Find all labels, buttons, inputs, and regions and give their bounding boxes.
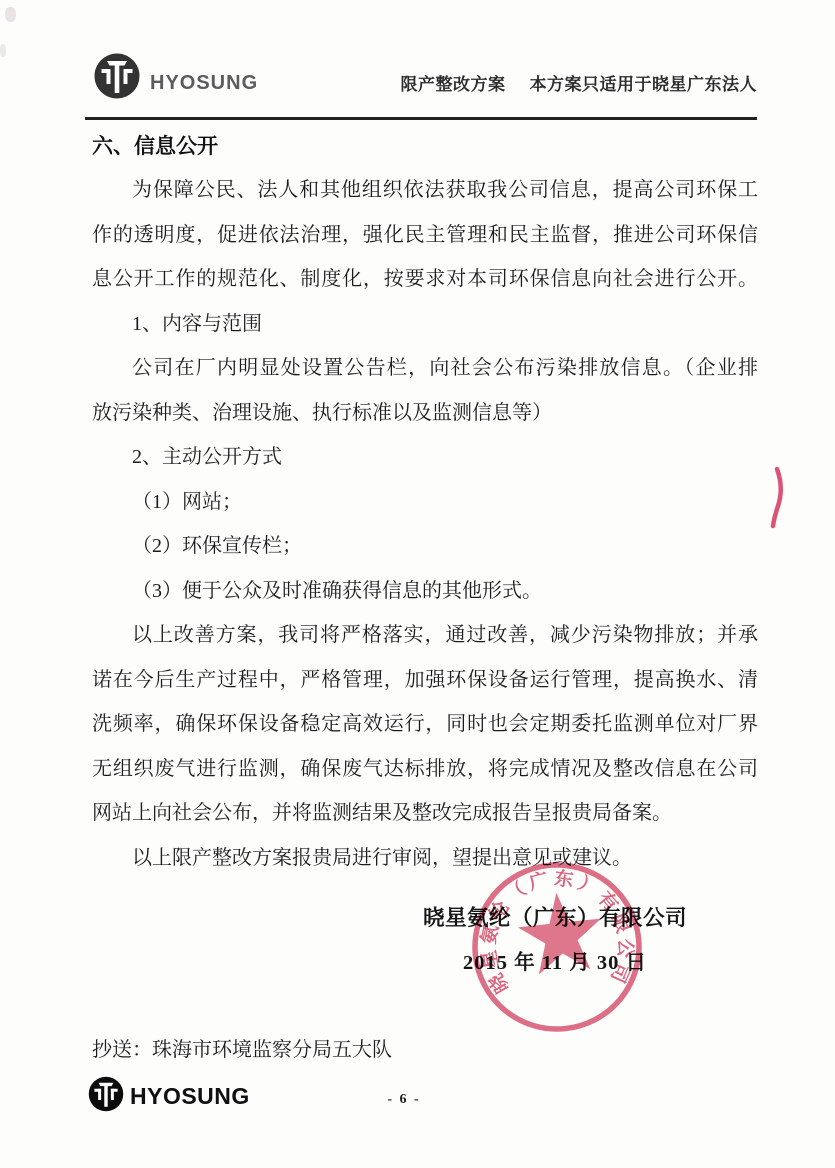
body-line: 2、主动公开方式 xyxy=(92,435,758,480)
document-body: 为保障公民、法人和其他组织依法获取我公司信息，提高公司环保工 作的透明度，促进依… xyxy=(92,168,758,880)
header-brand: HYOSUNG xyxy=(93,52,258,100)
header-labels: 限产整改方案 本方案只适用于晓星广东法人 xyxy=(401,70,758,95)
scanned-document-page: HYOSUNG 限产整改方案 本方案只适用于晓星广东法人 六、信息公开 为保障公… xyxy=(0,0,835,1168)
page-number: - 6 - xyxy=(354,1092,454,1108)
header-rule xyxy=(85,117,757,120)
brand-wordmark: HYOSUNG xyxy=(150,58,258,95)
body-line: （2）环保宣传栏； xyxy=(92,524,758,569)
footer-brand: HYOSUNG xyxy=(88,1076,250,1117)
doc-scope-label: 本方案只适用于晓星广东法人 xyxy=(530,70,758,95)
hyosung-logo-icon xyxy=(93,52,141,100)
scan-smudge xyxy=(0,44,6,57)
body-line: 作的透明度，促进依法治理，强化民主管理和民主监督，推进公司环保信 xyxy=(92,213,758,258)
body-line: 诺在今后生产过程中，严格管理，加强环保设备运行管理，提高换水、清 xyxy=(92,658,758,703)
body-line: 以上限产整改方案报贵局进行审阅，望提出意见或建议。 xyxy=(92,836,758,881)
body-line: （3）便于公众及时准确获得信息的其他形式。 xyxy=(92,569,758,614)
hyosung-logo-icon xyxy=(88,1076,124,1117)
company-seal-stamp: 晓星氨纶（广东）有限公司 xyxy=(453,843,662,1052)
section-title: 六、信息公开 xyxy=(92,130,218,160)
doc-type-label: 限产整改方案 xyxy=(401,70,506,95)
body-line: 以上改善方案，我司将严格落实，通过改善，减少污染物排放；并承 xyxy=(92,613,758,658)
scan-smudge xyxy=(5,7,16,22)
body-line: （1）网站； xyxy=(92,480,758,525)
stamp-star xyxy=(515,888,606,976)
body-line: 洗频率，确保环保设备稳定高效运行，同时也会定期委托监测单位对厂界 xyxy=(92,702,758,747)
body-line: 无组织废气进行监测，确保废气达标排放，将完成情况及整改信息在公司 xyxy=(92,747,758,792)
body-line: 1、内容与范围 xyxy=(92,302,758,347)
cc-recipient-line: 抄送：珠海市环境监察分局五大队 xyxy=(92,1036,392,1064)
body-line: 网站上向社会公布，并将监测结果及整改完成报告呈报贵局备案。 xyxy=(92,791,758,836)
body-line: 公司在厂内明显处设置公告栏，向社会公布污染排放信息。（企业排 xyxy=(92,346,758,391)
brand-wordmark: HYOSUNG xyxy=(130,1083,250,1110)
body-line: 为保障公民、法人和其他组织依法获取我公司信息，提高公司环保工 xyxy=(92,168,758,213)
red-pen-mark xyxy=(756,460,800,549)
body-line: 放污染种类、治理设施、执行标准以及监测信息等） xyxy=(92,391,758,436)
body-line: 息公开工作的规范化、制度化，按要求对本司环保信息向社会进行公开。 xyxy=(92,257,758,302)
